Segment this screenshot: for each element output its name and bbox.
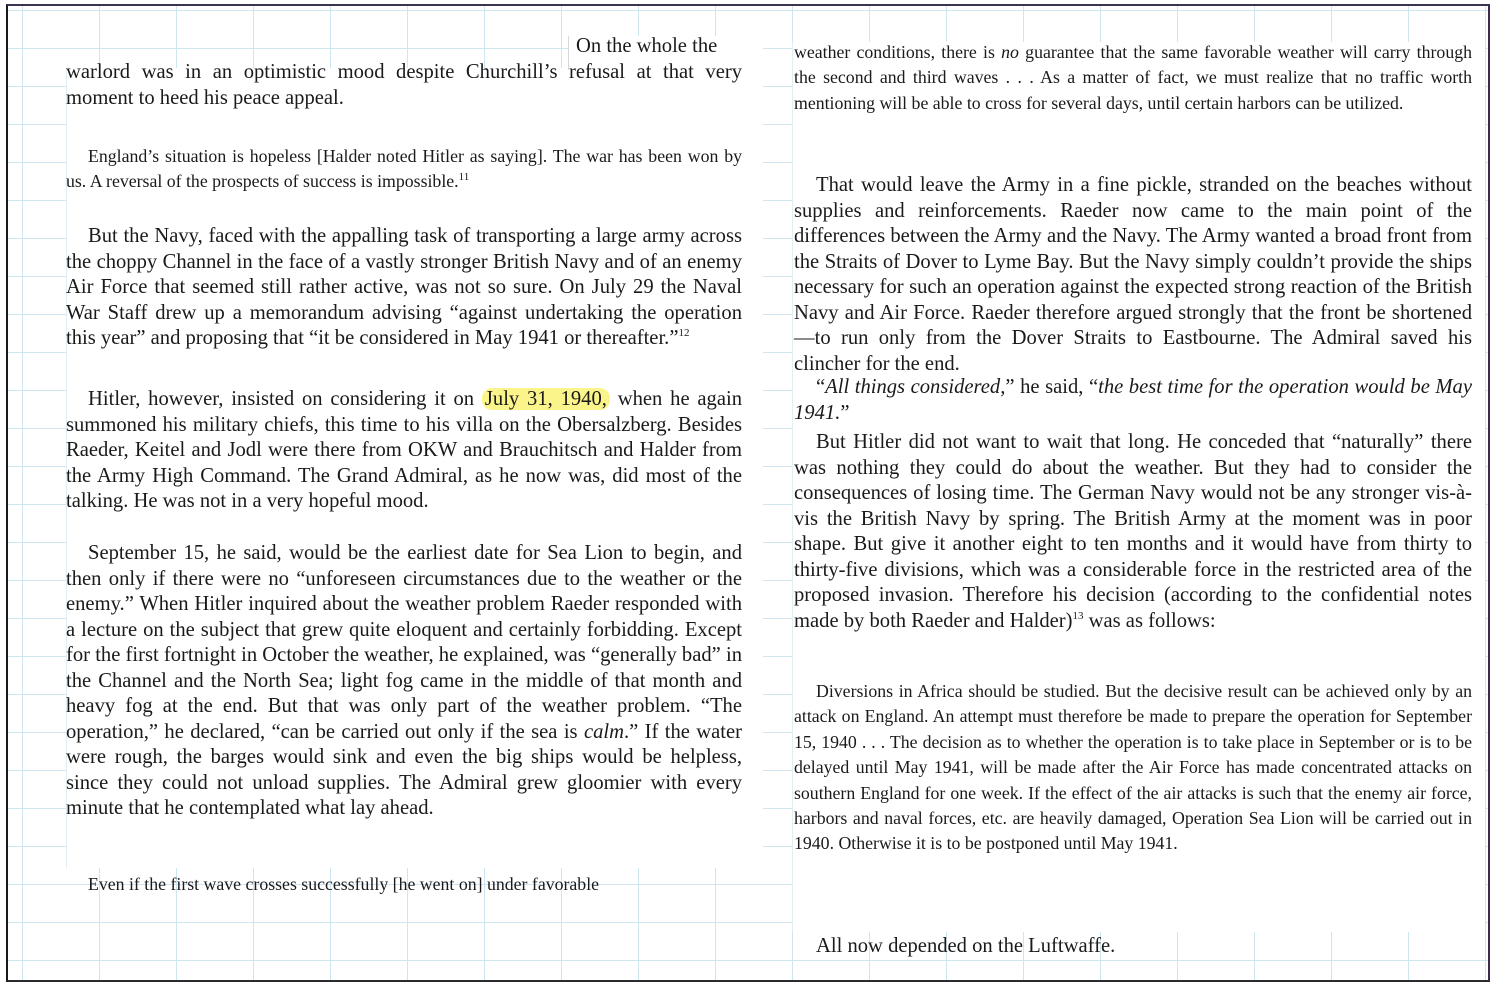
scanned-page: On the whole the warlord was in an optim…	[6, 4, 1490, 982]
september-paragraph-text-1: September 15, he said, would be the earl…	[66, 542, 742, 743]
hitler-paragraph-text-1: Hitler, however, insisted on considering…	[88, 388, 482, 410]
footnote-13: 13	[1072, 610, 1083, 622]
clincher-middle: ” he said, “	[1005, 376, 1098, 398]
weather-quote-start: Even if the first wave crosses successfu…	[66, 872, 742, 897]
close-quote: ”	[840, 402, 849, 424]
hitler-decision-text: But Hitler did not want to wait that lon…	[794, 431, 1472, 632]
pickle-paragraph: That would leave the Army in a fine pick…	[794, 173, 1472, 377]
emphasis-calm: calm	[584, 721, 624, 743]
opening-paragraph: warlord was in an optimistic mood despit…	[66, 60, 742, 111]
navy-paragraph: But the Navy, faced with the appalling t…	[66, 224, 742, 352]
opening-fragment: On the whole the	[576, 34, 742, 60]
emphasis-no: no	[1001, 42, 1019, 62]
clincher-italic-1: All things considered,	[825, 376, 1005, 398]
hitler-decision-paragraph: But Hitler did not want to wait that lon…	[794, 430, 1472, 634]
weather-quote-continuation: weather conditions, there is no guarante…	[794, 40, 1472, 116]
closing-line: All now depended on the Luftwaffe.	[794, 934, 1472, 960]
footnote-11: 11	[459, 171, 470, 183]
hitler-paragraph: Hitler, however, insisted on considering…	[66, 387, 742, 515]
open-quote: “	[816, 376, 825, 398]
navy-paragraph-text: But the Navy, faced with the appalling t…	[66, 225, 742, 349]
halder-quote: England’s situation is hopeless [Halder …	[66, 144, 742, 195]
footnote-12: 12	[678, 327, 689, 339]
september-paragraph: September 15, he said, would be the earl…	[66, 541, 742, 822]
decision-quote: Diversions in Africa should be studied. …	[794, 679, 1472, 857]
highlighted-date: July 31, 1940,	[482, 388, 610, 410]
weather-quote-text-1: weather conditions, there is	[794, 42, 1001, 62]
halder-quote-text: England’s situation is hopeless [Halder …	[66, 146, 742, 191]
hitler-decision-tail: was as follows:	[1083, 610, 1215, 632]
clincher-paragraph: “All things considered,” he said, “the b…	[794, 375, 1472, 426]
